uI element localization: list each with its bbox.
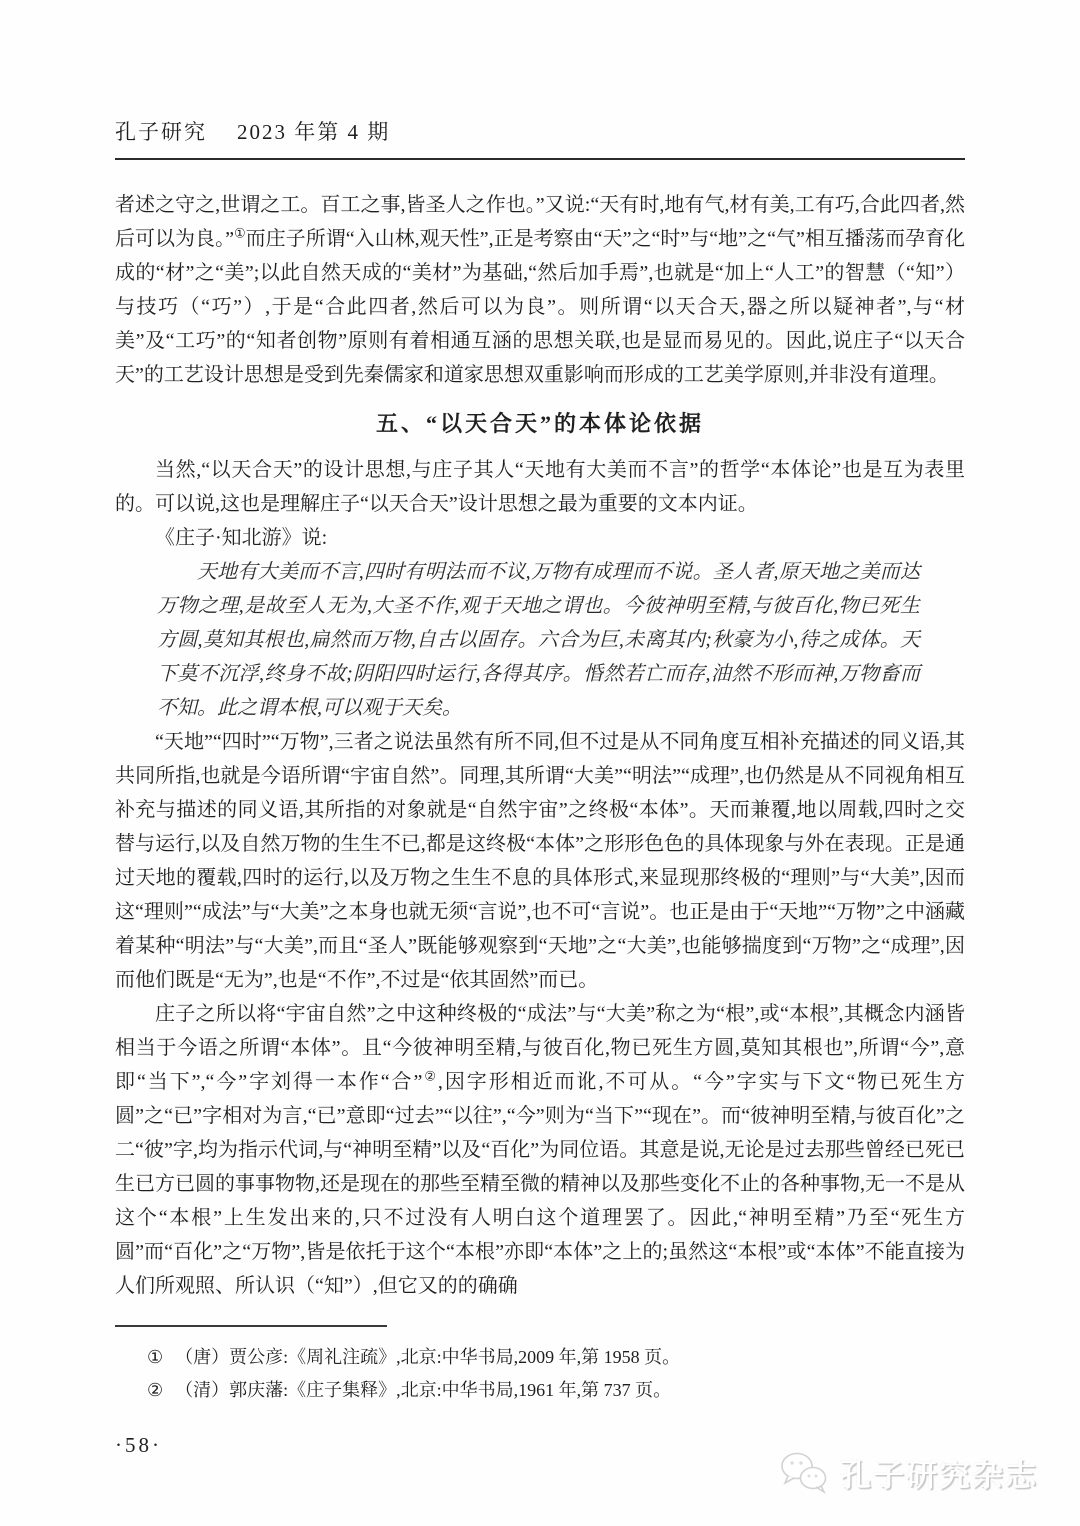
footnotes-section: ①（唐）贾公彦:《周礼注疏》,北京:中华书局,2009 年,第 1958 页。②… <box>115 1325 965 1407</box>
footnote-ref: ② <box>422 1068 438 1083</box>
footnote-item: ②（清）郭庆藩:《庄子集释》,北京:中华书局,1961 年,第 737 页。 <box>115 1374 965 1407</box>
footnote-marker: ① <box>147 1341 163 1374</box>
footnote-text: （唐）贾公彦:《周礼注疏》,北京:中华书局,2009 年,第 1958 页。 <box>175 1341 680 1374</box>
watermark-text: 孔子研究杂志 <box>840 1450 1038 1495</box>
page-content: 孔子研究 2023 年第 4 期 者述之守之,世谓之工。百工之事,皆圣人之作也。… <box>115 0 965 1458</box>
journal-page: 孔子研究 2023 年第 4 期 者述之守之,世谓之工。百工之事,皆圣人之作也。… <box>0 0 1080 1526</box>
paragraph: 者述之守之,世谓之工。百工之事,皆圣人之作也。”又说:“天有时,地有气,材有美,… <box>115 188 965 392</box>
section-heading: 五、“以天合天”的本体论依据 <box>115 407 965 438</box>
footnote-marker: ② <box>147 1374 163 1407</box>
paragraph: 《庄子·知北游》说: <box>115 521 965 555</box>
footnote-ref: ① <box>234 225 246 240</box>
paragraph: “天地”“四时”“万物”,三者之说法虽然有所不同,但不过是从不同角度互相补充描述… <box>115 725 965 997</box>
block-quote: 天地有大美而不言,四时有明法而不议,万物有成理而不说。圣人者,原天地之美而达万物… <box>157 555 920 725</box>
issue-label: 2023 年第 4 期 <box>237 116 390 146</box>
wechat-icon <box>778 1449 832 1495</box>
footnote-list: ①（唐）贾公彦:《周礼注疏》,北京:中华书局,2009 年,第 1958 页。②… <box>115 1341 965 1407</box>
article-body: 者述之守之,世谓之工。百工之事,皆圣人之作也。”又说:“天有时,地有气,材有美,… <box>115 188 965 1303</box>
footnote-item: ①（唐）贾公彦:《周礼注疏》,北京:中华书局,2009 年,第 1958 页。 <box>115 1341 965 1374</box>
footnote-text: （清）郭庆藩:《庄子集释》,北京:中华书局,1961 年,第 737 页。 <box>175 1374 671 1407</box>
paragraph: 当然,“以天合天”的设计思想,与庄子其人“天地有大美而不言”的哲学“本体论”也是… <box>115 453 965 521</box>
journal-title: 孔子研究 <box>115 116 207 146</box>
journal-header: 孔子研究 2023 年第 4 期 <box>115 116 965 160</box>
paragraph: 庄子之所以将“宇宙自然”之中这种终极的“成法”与“大美”称之为“根”,或“本根”… <box>115 997 965 1303</box>
watermark: 孔子研究杂志 <box>778 1449 1038 1495</box>
footnote-divider <box>115 1325 387 1327</box>
